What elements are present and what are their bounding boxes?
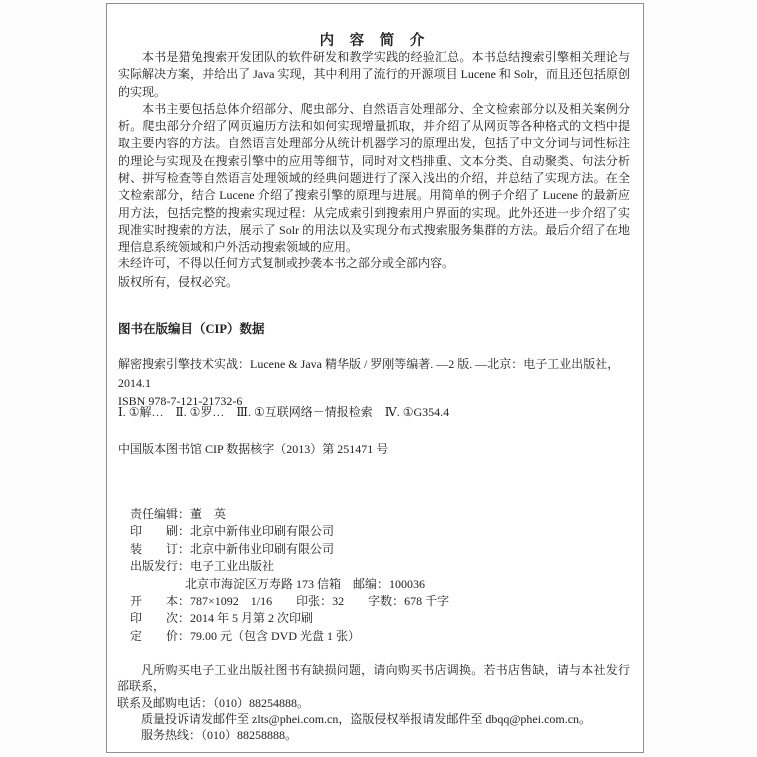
pub-row-impression: 印 次：2014 年 5 月第 2 次印刷 (130, 610, 630, 627)
footer-note-exchange: 凡所购买电子工业出版社图书有缺损问题，请向购买书店调换。若书店售缺，请与本社发行… (117, 662, 630, 695)
footer-note-email: 质量投诉请发邮件至 zlts@phei.com.cn，盗版侵权举报请发邮件至 d… (117, 711, 630, 727)
book-copyright-page: 内 容 简 介 本书是猎兔搜索开发团队的软件研发和教学实践的经验汇总。本书总结搜… (106, 3, 644, 753)
intro-paragraph-1: 本书是猎兔搜索开发团队的软件研发和教学实践的经验汇总。本书总结搜索引擎相关理论与… (118, 49, 630, 101)
pub-label: 定 价： (130, 629, 190, 643)
pub-row-publisher: 出版发行：电子工业出版社 (130, 558, 630, 575)
copyright-notice: 未经许可，不得以任何方式复制或抄袭本书之部分或全部内容。 版权所有，侵权必究。 (118, 254, 630, 291)
pub-value: 2014 年 5 月第 2 次印刷 (190, 611, 313, 625)
pub-value: 北京中新伟业印刷有限公司 (190, 542, 334, 556)
footer-notes-block: 凡所购买电子工业出版社图书有缺损问题，请向购买书店调换。若书店售缺，请与本社发行… (117, 662, 630, 743)
copyright-notice-line-2: 版权所有，侵权必究。 (118, 273, 630, 292)
cip-registration-line: 中国版本图书馆 CIP 数据核字（2013）第 251471 号 (118, 440, 630, 457)
pub-value: 79.00 元（包含 DVD 光盘 1 张） (190, 629, 360, 643)
pub-row-price: 定 价：79.00 元（包含 DVD 光盘 1 张） (130, 628, 630, 645)
cip-section-header: 图书在版编目（CIP）数据 (118, 319, 265, 337)
intro-paragraph-2: 本书主要包括总体介绍部分、爬虫部分、自然语言处理部分、全文检索部分以及相关案例分… (118, 101, 630, 257)
pub-value: 787×1092 1/16 印张：32 字数：678 千字 (190, 594, 449, 608)
content-summary-title: 内 容 简 介 (107, 29, 643, 50)
cip-classification-line: Ⅰ. ①解… Ⅱ. ①罗… Ⅲ. ①互联网络－情报检索 Ⅳ. ①G354.4 (118, 403, 630, 420)
pub-row-address: 北京市海淀区万寿路 173 信箱 邮编：100036 (130, 576, 630, 593)
pub-row-editor: 责任编辑：董 英 (130, 506, 630, 523)
publication-info-block: 责任编辑：董 英 印 刷：北京中新伟业印刷有限公司 装 订：北京中新伟业印刷有限… (130, 506, 630, 645)
footer-note-hotline: 服务热线：（010）88258888。 (117, 727, 630, 743)
cip-record-line: 解密搜索引擎技术实战：Lucene & Java 精华版 / 罗刚等编著. —2… (118, 355, 630, 392)
pub-value: 北京市海淀区万寿路 173 信箱 邮编：100036 (185, 577, 425, 591)
pub-label: 开 本： (130, 594, 190, 608)
pub-value: 电子工业出版社 (190, 559, 274, 573)
footer-note-phone: 联系及邮购电话：（010）88254888。 (117, 695, 630, 711)
pub-value: 董 英 (190, 507, 226, 521)
pub-row-printer: 印 刷：北京中新伟业印刷有限公司 (130, 523, 630, 540)
content-summary-body: 本书是猎兔搜索开发团队的软件研发和教学实践的经验汇总。本书总结搜索引擎相关理论与… (118, 49, 630, 257)
pub-row-binder: 装 订：北京中新伟业印刷有限公司 (130, 541, 630, 558)
pub-label: 印 次： (130, 611, 190, 625)
pub-label: 责任编辑： (130, 507, 190, 521)
pub-row-format: 开 本：787×1092 1/16 印张：32 字数：678 千字 (130, 593, 630, 610)
pub-value: 北京中新伟业印刷有限公司 (190, 524, 334, 538)
pub-label: 印 刷： (130, 524, 190, 538)
pub-label: 出版发行： (130, 559, 190, 573)
pub-label: 装 订： (130, 542, 190, 556)
copyright-notice-line-1: 未经许可，不得以任何方式复制或抄袭本书之部分或全部内容。 (118, 254, 630, 273)
